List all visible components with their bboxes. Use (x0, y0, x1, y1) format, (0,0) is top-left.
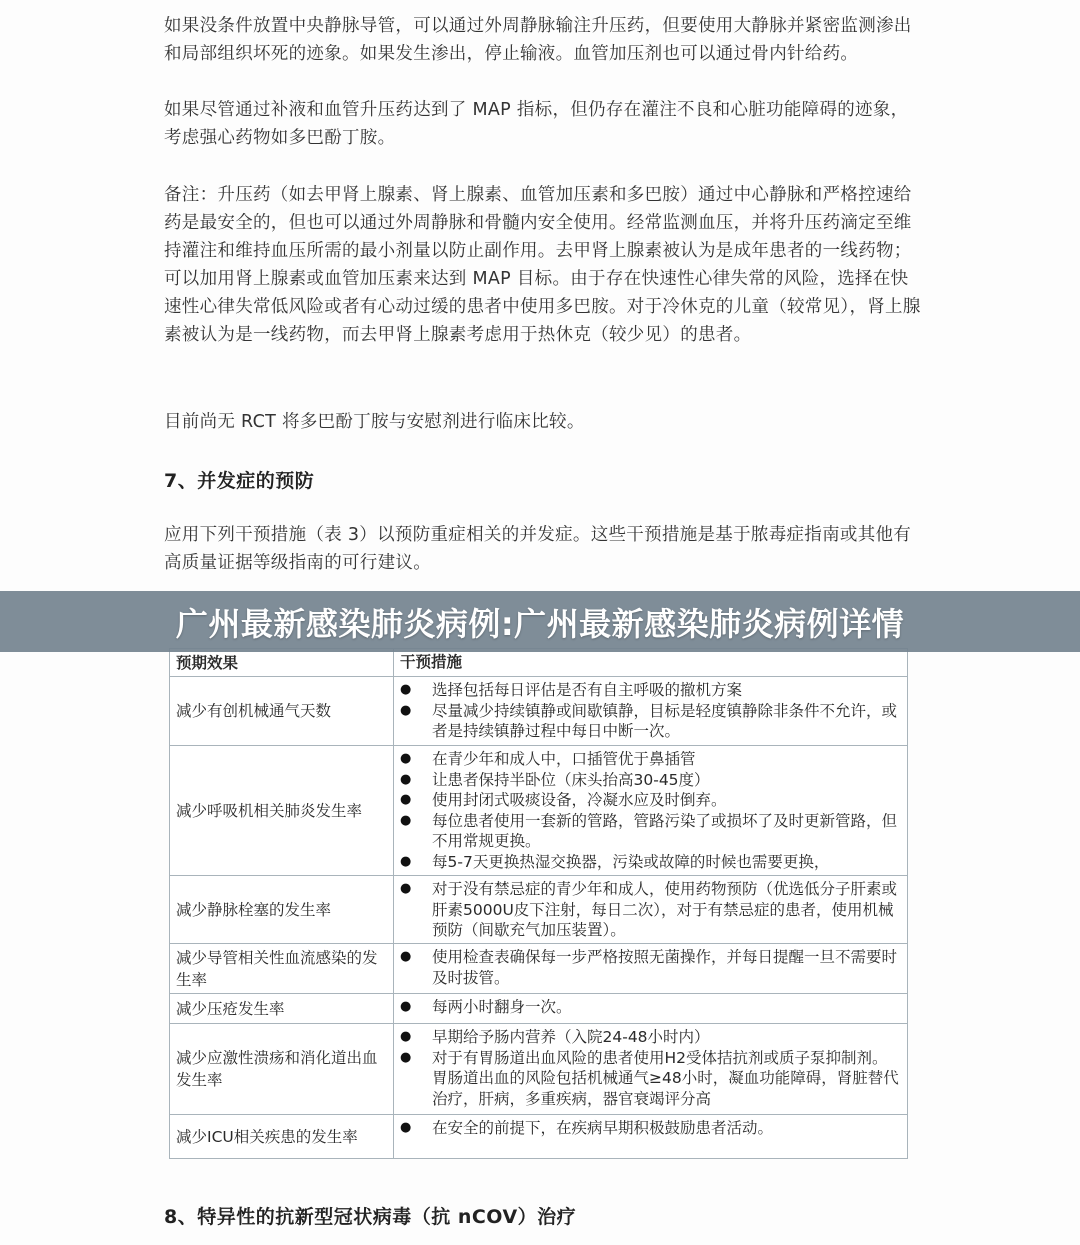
table-row: 减少压疮发生率 ●每两小时翻身一次。 (170, 993, 907, 1023)
bullet-icon: ● (400, 770, 432, 791)
row-effect: 减少导管相关性血流感染的发生率 (170, 944, 394, 993)
overlay-title: 广州最新感染肺炎病例:广州最新感染肺炎病例详情 (176, 599, 904, 645)
paragraph-rct-note: 目前尚无 RCT 将多巴酚丁胺与安慰剂进行临床比较。 (164, 408, 924, 436)
section-heading-8: 8、特异性的抗新型冠状病毒（抗 nCOV）治疗 (164, 1202, 576, 1229)
bullet-icon: ● (400, 811, 432, 852)
measure-item: ●尽量减少持续镇静或间歇镇静，目标是轻度镇静除非条件不允许，或者是持续镇静过程中… (400, 701, 899, 742)
section-heading-7: 7、并发症的预防 (164, 466, 314, 493)
table-header-row: 预期效果 干预措施 (170, 649, 907, 676)
header-interventions: 干预措施 (394, 649, 907, 676)
measure-item: ●对于没有禁忌症的青少年和成人，使用药物预防（优选低分子肝素或肝素5000U皮下… (400, 879, 899, 941)
measure-item: ●使用检查表确保每一步严格按照无菌操作，并每日提醒一旦不需要时及时拔管。 (400, 947, 899, 988)
measure-item: ●在青少年和成人中，口插管优于鼻插管 (400, 749, 899, 770)
measure-item: ●每位患者使用一套新的管路，管路污染了或损坏了及时更新管路，但不用常规更换。 (400, 811, 899, 852)
table-row: 减少静脉栓塞的发生率 ●对于没有禁忌症的青少年和成人，使用药物预防（优选低分子肝… (170, 875, 907, 943)
paragraph-peripheral-vasopressor: 如果没条件放置中央静脉导管，可以通过外周静脉输注升压药，但要使用大静脉并紧密监测… (164, 12, 924, 68)
row-effect: 减少应激性溃疡和消化道出血发生率 (170, 1024, 394, 1114)
row-effect: 减少有创机械通气天数 (170, 677, 394, 745)
row-measures: ●每两小时翻身一次。 (394, 994, 907, 1023)
measure-item: ●对于有胃肠道出血风险的患者使用H2受体拮抗剂或质子泵抑制剂。胃肠道出血的风险包… (400, 1048, 899, 1110)
paragraph-vasopressor-note: 备注：升压药（如去甲肾上腺素、肾上腺素、血管加压素和多巴胺）通过中心静脉和严格控… (164, 181, 924, 349)
row-measures: ●选择包括每日评估是否有自主呼吸的撤机方案 ●尽量减少持续镇静或间歇镇静，目标是… (394, 677, 907, 745)
row-effect: 减少压疮发生率 (170, 994, 394, 1023)
table-row: 减少呼吸机相关肺炎发生率 ●在青少年和成人中，口插管优于鼻插管 ●让患者保持半卧… (170, 745, 907, 875)
row-effect: 减少呼吸机相关肺炎发生率 (170, 746, 394, 875)
bullet-icon: ● (400, 997, 432, 1018)
measure-item: ●每5-7天更换热湿交换器，污染或故障的时候也需要更换， (400, 852, 899, 873)
measure-item: ●每两小时翻身一次。 (400, 997, 899, 1018)
bullet-icon: ● (400, 852, 432, 873)
bullet-icon: ● (400, 790, 432, 811)
bullet-icon: ● (400, 701, 432, 742)
bullet-icon: ● (400, 680, 432, 701)
bullet-icon: ● (400, 879, 432, 941)
table-row: 减少有创机械通气天数 ●选择包括每日评估是否有自主呼吸的撤机方案 ●尽量减少持续… (170, 676, 907, 745)
row-measures: ●早期给予肠内营养（入院24-48小时内） ●对于有胃肠道出血风险的患者使用H2… (394, 1024, 907, 1114)
row-measures: ●在安全的前提下，在疾病早期积极鼓励患者活动。 (394, 1115, 907, 1158)
measure-item: ●选择包括每日评估是否有自主呼吸的撤机方案 (400, 680, 899, 701)
bullet-icon: ● (400, 1048, 432, 1110)
table-row: 减少导管相关性血流感染的发生率 ●使用检查表确保每一步严格按照无菌操作，并每日提… (170, 943, 907, 993)
row-measures: ●在青少年和成人中，口插管优于鼻插管 ●让患者保持半卧位（床头抬高30-45度）… (394, 746, 907, 875)
header-expected-effect: 预期效果 (170, 649, 394, 676)
complication-prevention-table: 预期效果 干预措施 减少有创机械通气天数 ●选择包括每日评估是否有自主呼吸的撤机… (169, 648, 908, 1159)
table-row: 减少应激性溃疡和消化道出血发生率 ●早期给予肠内营养（入院24-48小时内） ●… (170, 1023, 907, 1114)
row-effect: 减少静脉栓塞的发生率 (170, 876, 394, 943)
bullet-icon: ● (400, 947, 432, 988)
measure-item: ●早期给予肠内营养（入院24-48小时内） (400, 1027, 899, 1048)
bullet-icon: ● (400, 1027, 432, 1048)
measure-item: ●使用封闭式吸痰设备，冷凝水应及时倒弃。 (400, 790, 899, 811)
measure-item: ●让患者保持半卧位（床头抬高30-45度） (400, 770, 899, 791)
row-measures: ●对于没有禁忌症的青少年和成人，使用药物预防（优选低分子肝素或肝素5000U皮下… (394, 876, 907, 943)
paragraph-inotrope: 如果尽管通过补液和血管升压药达到了 MAP 指标，但仍存在灌注不良和心脏功能障碍… (164, 96, 924, 152)
document-page: 如果没条件放置中央静脉导管，可以通过外周静脉输注升压药，但要使用大静脉并紧密监测… (0, 0, 1080, 1245)
bullet-icon: ● (400, 1118, 432, 1139)
title-overlay-banner: 广州最新感染肺炎病例:广州最新感染肺炎病例详情 (0, 591, 1080, 652)
bullet-icon: ● (400, 749, 432, 770)
row-measures: ●使用检查表确保每一步严格按照无菌操作，并每日提醒一旦不需要时及时拔管。 (394, 944, 907, 993)
measure-item: ●在安全的前提下，在疾病早期积极鼓励患者活动。 (400, 1118, 899, 1139)
row-effect: 减少ICU相关疾患的发生率 (170, 1115, 394, 1158)
paragraph-complication-intro: 应用下列干预措施（表 3）以预防重症相关的并发症。这些干预措施是基于脓毒症指南或… (164, 521, 924, 577)
table-row: 减少ICU相关疾患的发生率 ●在安全的前提下，在疾病早期积极鼓励患者活动。 (170, 1114, 907, 1158)
